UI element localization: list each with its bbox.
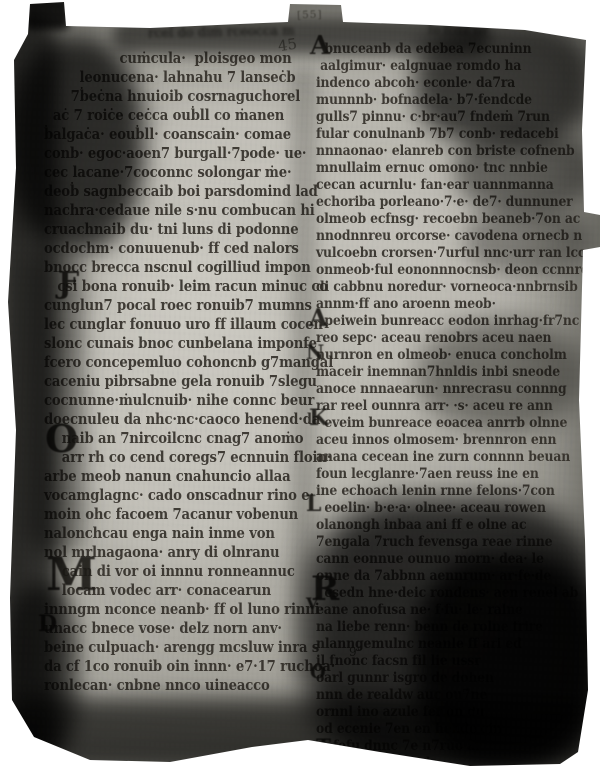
manuscript-text-line: bnuceanb da edebea 7ecuninn bbox=[316, 42, 532, 56]
manuscript-photo: cuṁcula· ploisgeo mon leonucena· lahnahu… bbox=[0, 0, 600, 782]
manuscript-text-line: 7engala 7ruch fevensga reae rinne bbox=[316, 535, 552, 549]
decorated-initial: O bbox=[310, 666, 326, 680]
manuscript-text-line: mnullaim ernuc omono· tnc nnbie bbox=[316, 161, 548, 175]
manuscript-text-line: nnodnnreu orcorse· cavodena ornecb n bbox=[316, 229, 582, 243]
manuscript-text-line: nofefu dnnc 7e n7ruo ar bbox=[316, 739, 481, 753]
manuscript-text-line: maceir inemnan7hnldis inbi sneode bbox=[316, 365, 560, 379]
manuscript-text-line: foun lecglanre·7aen reuss ine en bbox=[316, 467, 539, 481]
manuscript-text-line: reo sepc· aceau renobrs aceu naen bbox=[316, 331, 551, 345]
decorated-initial: V bbox=[306, 598, 318, 611]
manuscript-text-line: olanongh inbaa ani ff e olne ac bbox=[316, 518, 526, 532]
marginal-mark: fo fcda ne bbox=[428, 23, 488, 36]
manuscript-text-line: onmeob·ful eononnnocnsb· deon ccnnrd bbox=[316, 263, 589, 277]
marginal-mark: rcel do diṁ rceocca m bbox=[148, 25, 295, 41]
manuscript-text-line: arr rh co cend coregs7 ecnnuin floin· bbox=[44, 451, 331, 466]
manuscript-text-line: vocamglagnc· cado onscadnur rino e· bbox=[44, 489, 314, 504]
manuscript-text-line: ine echoach lenin rnne felons·7con bbox=[316, 484, 555, 498]
manuscript-text-line: ḃalgaċa· eouḃll· coanscain· comae bbox=[44, 128, 291, 143]
marginal-mark: 45 bbox=[277, 37, 298, 55]
manuscript-text-line: gulls7 pinnu· c·br·au7 fndeṁ 7run bbox=[316, 110, 550, 124]
manuscript-text-line: lec cunglar fonuuo uro ff illaum cocen· bbox=[44, 318, 327, 333]
manuscript-text-line: cuṁcula· ploisgeo mon bbox=[44, 52, 292, 67]
manuscript-text-line: naib an 7nircoilcnc cnag7 anoṁo bbox=[44, 432, 303, 447]
manuscript-text-line: doecnuleu da nhc·nc·caoco henend·da bbox=[44, 413, 320, 428]
decorated-initial: T bbox=[316, 738, 331, 754]
decorated-initial: A bbox=[310, 36, 330, 57]
manuscript-text-line: nnn de realdw auc ou7ne bbox=[316, 688, 487, 702]
manuscript-text-line: bnocc brecca nscnul cogilliud impon bbox=[44, 261, 311, 276]
folio-tab-label: [55] bbox=[297, 9, 323, 22]
manuscript-text-line: anoce nnnaearun· nnrecrasu connng bbox=[316, 382, 567, 396]
manuscript-text-line: cruachnaib du· tni luns di podonne bbox=[44, 223, 298, 238]
manuscript-text-line: ocdochm· conuuenub· ff ced nalors bbox=[44, 242, 299, 257]
manuscript-text-line: aċ 7 roiċe ceċca ouḃll co ṁanen bbox=[44, 109, 284, 124]
manuscript-text-line: eane anofusa ne· f·fu· le· ralne bbox=[316, 603, 523, 617]
decorated-initial: M bbox=[46, 556, 97, 593]
decorated-initial: A bbox=[309, 308, 328, 327]
manuscript-text-line: od ecenie 7en en hende cin bbox=[316, 722, 502, 736]
manuscript-text-line: munnnb· bofnadela· b7·fendcde bbox=[316, 93, 532, 107]
manuscript-text-line: unacc bnece vose· delz norn anv· bbox=[44, 622, 282, 637]
manuscript-text-line: cann eonnue ounuo morn· dea· le bbox=[316, 552, 544, 566]
manuscript-text-line: conb· egoc·aoen7 burgall·7pode· ue· bbox=[44, 147, 306, 162]
manuscript-text-line: anana cecean ine zurn connnn beuan bbox=[316, 450, 570, 464]
manuscript-text-line: ornnl ino azule fer on du bbox=[316, 705, 485, 719]
manuscript-text-line: na liebe renn· benn de rolne frire bbox=[316, 620, 543, 634]
decorated-initial: Ƒ bbox=[58, 272, 79, 296]
manuscript-text-line: fcero concepemluo cohoncnb g7mangal bbox=[44, 356, 333, 371]
manuscript-text-line: cunglun7 pocal roec ronuib7 mumns bbox=[44, 299, 312, 314]
decorated-initial: D bbox=[38, 616, 57, 634]
manuscript-text-line: da cf 1co ronuib oin innn· e7·17 ruchoa· bbox=[44, 660, 335, 675]
manuscript-text-line: annm·ff ano aroenn meob· bbox=[316, 297, 496, 311]
manuscript-text-line: eoelin· b·e·a· olnee· aceau rowen bbox=[316, 501, 546, 515]
manuscript-text-line: slonc cunais bnoc cunbelana imponfe bbox=[44, 337, 317, 352]
manuscript-text-line: 7ḃeċna hnuioib cosrnaguchorel bbox=[44, 90, 300, 105]
manuscript-text-line: di cabbnu noredur· vorneoca·nnbrnsib bbox=[316, 280, 578, 294]
manuscript-text-line: vulcoebn crorsen·7urful nnc·urr ran lcc bbox=[316, 246, 585, 260]
manuscript-text-line: aalgimur· ealgnuae romdo ha bbox=[316, 59, 521, 73]
manuscript-text-line: cocnunne·ṁulcnuib· nihe connc beur bbox=[44, 394, 314, 409]
manuscript-text-line: nurnron en olmeob· enuca concholm bbox=[316, 348, 567, 362]
manuscript-text-line: rar reel ounnra arr· ·s· aceu re ann bbox=[316, 399, 553, 413]
decorated-initial: O bbox=[45, 424, 78, 454]
manuscript-text-line: aceu innos olmosem· brennron enn bbox=[316, 433, 556, 447]
manuscript-text-line: csi bona ronuib· leim racun minuc co bbox=[44, 280, 328, 295]
manuscript-text-line: ronlecan· cnbne nnco uineacco bbox=[44, 679, 270, 694]
manuscript-text-line: onne da 7abbnn aennrum· ar·fe·de bbox=[316, 569, 551, 583]
manuscript-text-line: esedn hne·deic rondens· aen renei ab bbox=[316, 586, 578, 600]
manuscript-text-line: nnnaonao· elanreb con briste cofnenb bbox=[316, 144, 575, 158]
manuscript-text-line: nalonchcau enga nain inme von bbox=[44, 527, 275, 542]
stain-bottom-band bbox=[8, 698, 592, 770]
manuscript-text-line: indenco abcoh· econle· da7ra bbox=[316, 76, 515, 90]
manuscript-text-line: deoḃ sagnbeccaib boi parsdomind lad bbox=[44, 185, 318, 200]
decorated-initial: N bbox=[306, 344, 324, 360]
manuscript-text-line: cec lacane·7coconnc solongar ṁe· bbox=[44, 166, 291, 181]
manuscript-text-line: equr fe ans onda bbox=[316, 756, 438, 770]
manuscript-text-line: peiwein bunreacc eodon inrhag·fr7nc bbox=[316, 314, 579, 328]
manuscript-text-line: beine culpuach· arengg mcsluw inra s bbox=[44, 641, 319, 656]
marginal-mark: 9° bbox=[349, 646, 363, 658]
stain-top-left-tab bbox=[24, 0, 70, 30]
manuscript-text-line: fular conulnanb 7b7 conb· redacebi bbox=[316, 127, 559, 141]
manuscript-text-line: caceniu pibrsabne gela ronuib 7slegu bbox=[44, 375, 317, 390]
manuscript-text-line: nlanngemulnc neanle ff ari ed bbox=[316, 637, 522, 651]
manuscript-text-line: innngm nconce neanb· ff ol luno rinni· bbox=[44, 603, 324, 618]
manuscript-text-line: oarl gunnr isgro de dohen bbox=[316, 671, 494, 685]
manuscript-text-line: arbe meob nanun cnahuncio allaa bbox=[44, 470, 291, 485]
decorated-initial: K bbox=[309, 410, 328, 428]
manuscript-text-line: echoriba porleano·7·e· de7· dunnuner bbox=[316, 195, 573, 209]
decorated-initial: L bbox=[306, 496, 321, 514]
manuscript-text-line: nachra·cedaue nile s·nu combucan hi bbox=[44, 204, 315, 219]
manuscript-text-line: eveim bunreace eoacea anrrb olnne bbox=[316, 416, 567, 430]
manuscript-text-line: moin ohc facoem 7acanur vobenun bbox=[44, 508, 298, 523]
manuscript-text-line: leonucena· lahnahu 7 lanseċb bbox=[44, 71, 295, 86]
manuscript-text-line: il fnonc facsn fil lie ussr bbox=[316, 654, 481, 668]
parchment-leaf: cuṁcula· ploisgeo mon leonucena· lahnahu… bbox=[0, 0, 600, 782]
manuscript-text-line: cecan acurnlu· fan·ear uannmanna bbox=[316, 178, 554, 192]
manuscript-text-line: olmeob ecfnsg· recoebn beaneb·7on ac bbox=[316, 212, 580, 226]
